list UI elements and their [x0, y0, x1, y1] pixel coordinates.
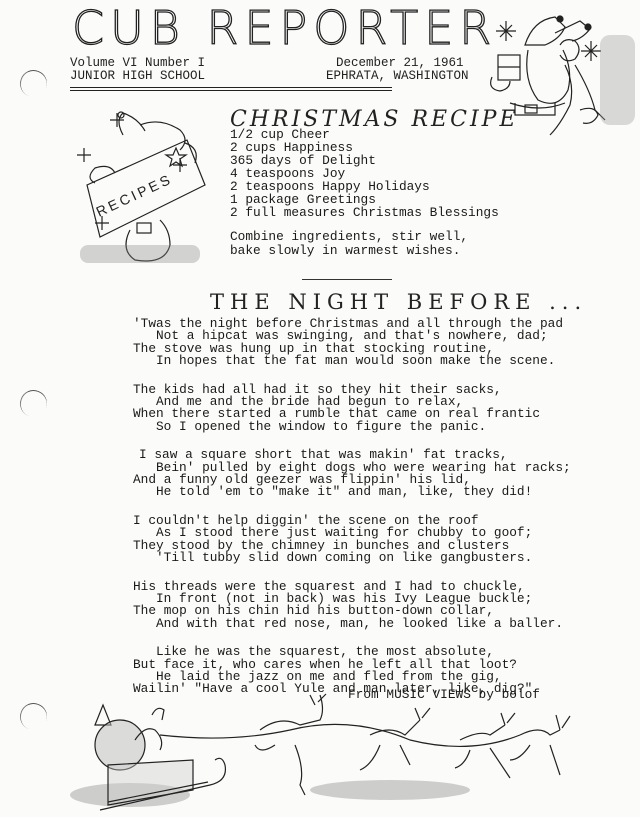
poem-stanza: 'Twas the night before Christmas and all…	[133, 318, 571, 368]
punch-hole	[16, 386, 51, 421]
poem-line: 'Till tubby slid down coming on like gan…	[133, 552, 571, 564]
instruction-line: Combine ingredients, stir well,	[230, 230, 468, 244]
section-divider	[302, 279, 392, 280]
poem-line: He told 'em to "make it" and man, like, …	[133, 486, 571, 498]
poem-stanza: I saw a square short that was makin' fat…	[133, 449, 571, 499]
poem-stanza: His threads were the squarest and I had …	[133, 581, 571, 631]
poem-line: So I opened the window to figure the pan…	[133, 421, 571, 433]
masthead-rule	[70, 87, 392, 88]
newsletter-title: CUB REPORTER	[72, 2, 497, 54]
poem-line: And with that red nose, man, he looked l…	[133, 618, 571, 630]
recipe-ingredients: 1/2 cup Cheer 2 cups Happiness 365 days …	[230, 128, 499, 219]
recipes-banner-text: RECIPES	[94, 170, 176, 219]
recipes-elf-illustration: RECIPES	[75, 105, 225, 265]
poem-line: In hopes that the fat man would soon mak…	[133, 355, 571, 367]
location: EPHRATA, WASHINGTON	[326, 70, 469, 83]
masthead-rule	[70, 90, 392, 91]
ingredient: 2 full measures Christmas Blessings	[230, 206, 499, 219]
poem-body: 'Twas the night before Christmas and all…	[133, 318, 571, 712]
recipe-instructions: Combine ingredients, stir well,bake slow…	[230, 230, 468, 258]
school-name: JUNIOR HIGH SCHOOL	[70, 70, 205, 83]
poem-stanza: I couldn't help diggin' the scene on the…	[133, 515, 571, 565]
sleigh-reindeer-illustration	[60, 690, 580, 815]
poem-stanza: The kids had all had it so they hit thei…	[133, 384, 571, 434]
punch-hole	[16, 66, 51, 101]
punch-hole	[16, 699, 51, 734]
poem-title: THE NIGHT BEFORE ...	[210, 290, 587, 314]
instruction-line: bake slowly in warmest wishes.	[230, 244, 468, 258]
